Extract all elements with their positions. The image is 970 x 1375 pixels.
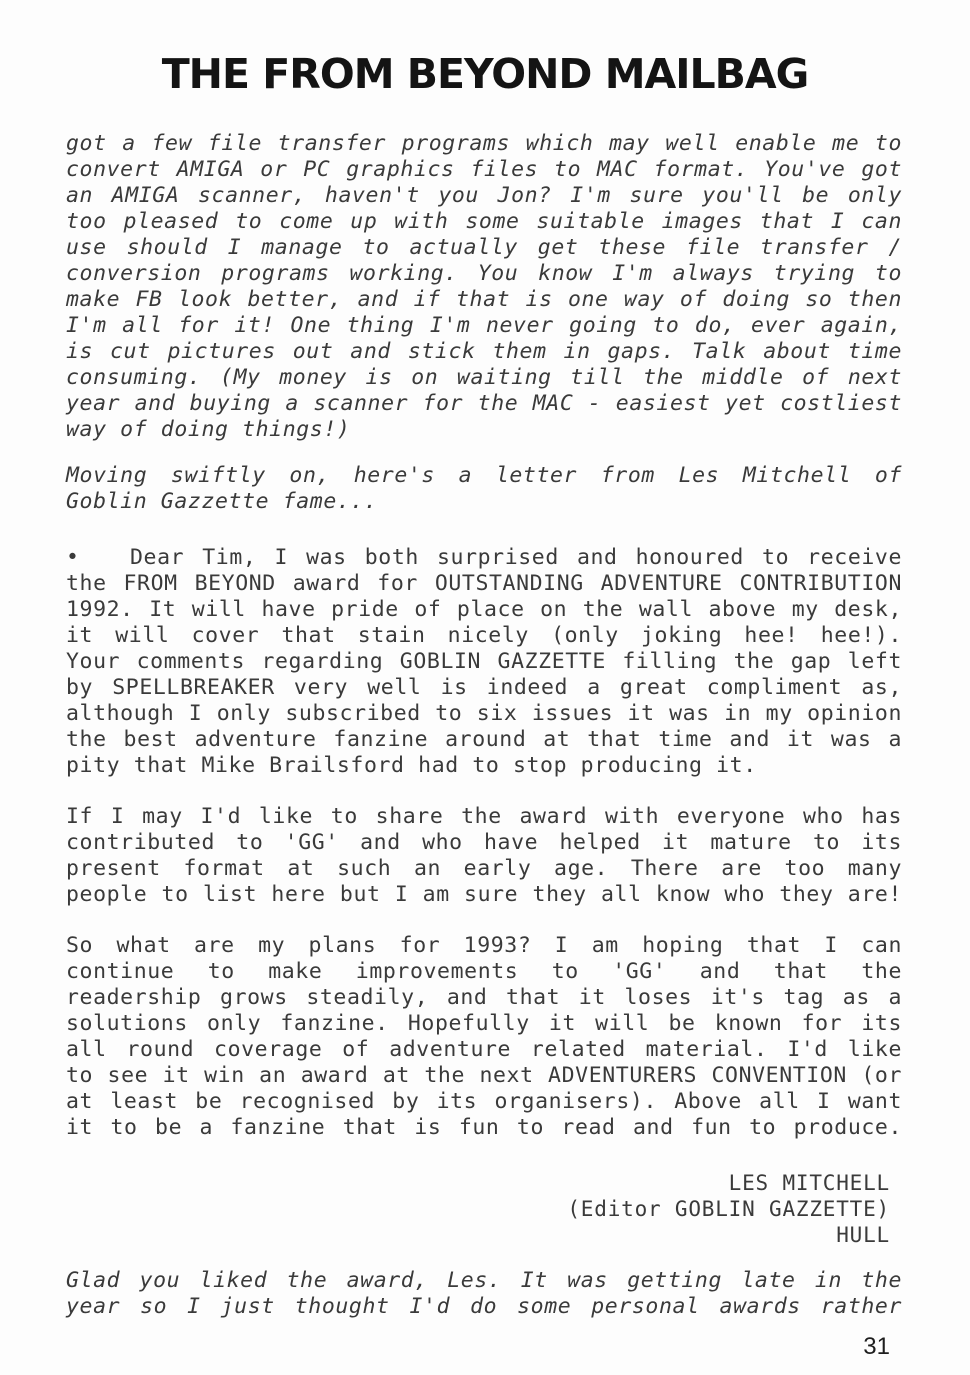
text-line: If I may I'd like to share the award wit… (66, 804, 902, 830)
signature-block: LES MITCHELL (Editor GOBLIN GAZZETTE) HU… (490, 1170, 890, 1248)
lead-in-paragraph: Moving swiftly on, here's a letter from … (66, 463, 902, 515)
text-line: consuming. (My money is on waiting till … (66, 365, 902, 391)
text-line: the FROM BEYOND award for OUTSTANDING AD… (66, 571, 902, 597)
text-line: Your comments regarding GOBLIN GAZZETTE … (66, 649, 902, 675)
text-line: it will cover that stain nicely (only jo… (66, 623, 902, 649)
text-line: way of doing things!) (66, 417, 902, 443)
page-title: THE FROM BEYOND MAILBAG (0, 48, 970, 100)
text-line: Glad you liked the award, Les. It was ge… (66, 1268, 902, 1294)
text-line: year so I just thought I'd do some perso… (66, 1294, 902, 1320)
text-line: use should I manage to actually get thes… (66, 235, 902, 261)
text-line: too pleased to come up with some suitabl… (66, 209, 902, 235)
text-line: continue to make improvements to 'GG' an… (66, 959, 902, 985)
letter-paragraph-3: So what are my plans for 1993? I am hopi… (66, 933, 902, 1141)
text-line: to see it win an award at the next ADVEN… (66, 1063, 902, 1089)
text-line: at least be recognised by its organisers… (66, 1089, 902, 1115)
text-line: pity that Mike Brailsford had to stop pr… (66, 753, 902, 779)
text-line: Dear Tim, I was both surprised and honou… (130, 545, 902, 570)
letter-paragraph-1: •Dear Tim, I was both surprised and hono… (66, 545, 902, 779)
text-line: Moving swiftly on, here's a letter from … (66, 463, 902, 489)
text-line: people to list here but I am sure they a… (66, 882, 902, 908)
text-line: year and buying a scanner for the MAC - … (66, 391, 902, 417)
text-line: I'm all for it! One thing I'm never goin… (66, 313, 902, 339)
intro-paragraph: got a few file transfer programs which m… (66, 131, 902, 443)
text-line: readership grows steadily, and that it l… (66, 985, 902, 1011)
text-line: Goblin Gazzette fame... (66, 489, 902, 515)
signature-name: LES MITCHELL (490, 1170, 890, 1196)
text-line: solutions only fanzine. Hopefully it wil… (66, 1011, 902, 1037)
text-line: is cut pictures out and stick them in ga… (66, 339, 902, 365)
text-line: it to be a fanzine that is fun to read a… (66, 1115, 902, 1141)
text-line: got a few file transfer programs which m… (66, 131, 902, 157)
text-line: an AMIGA scanner, haven't you Jon? I'm s… (66, 183, 902, 209)
reply-paragraph: Glad you liked the award, Les. It was ge… (66, 1268, 902, 1320)
text-line: by SPELLBREAKER very well is indeed a gr… (66, 675, 902, 701)
text-line: convert AMIGA or PC graphics files to MA… (66, 157, 902, 183)
letter-paragraph-2: If I may I'd like to share the award wit… (66, 804, 902, 908)
text-line: all round coverage of adventure related … (66, 1037, 902, 1063)
text-line: 1992. It will have pride of place on the… (66, 597, 902, 623)
bullet-icon: • (66, 545, 130, 571)
text-line: the best adventure fanzine around at tha… (66, 727, 902, 753)
magazine-page: THE FROM BEYOND MAILBAG got a few file t… (0, 0, 970, 1375)
text-line: So what are my plans for 1993? I am hopi… (66, 933, 902, 959)
text-line: conversion programs working. You know I'… (66, 261, 902, 287)
text-line: make FB look better, and if that is one … (66, 287, 902, 313)
text-line-with-bullet: •Dear Tim, I was both surprised and hono… (66, 545, 902, 571)
signature-role: (Editor GOBLIN GAZZETTE) (490, 1196, 890, 1222)
text-line: contributed to 'GG' and who have helped … (66, 830, 902, 856)
page-number: 31 (863, 1333, 890, 1361)
text-line: present format at such an early age. The… (66, 856, 902, 882)
signature-location: HULL (490, 1222, 890, 1248)
text-line: although I only subscribed to six issues… (66, 701, 902, 727)
